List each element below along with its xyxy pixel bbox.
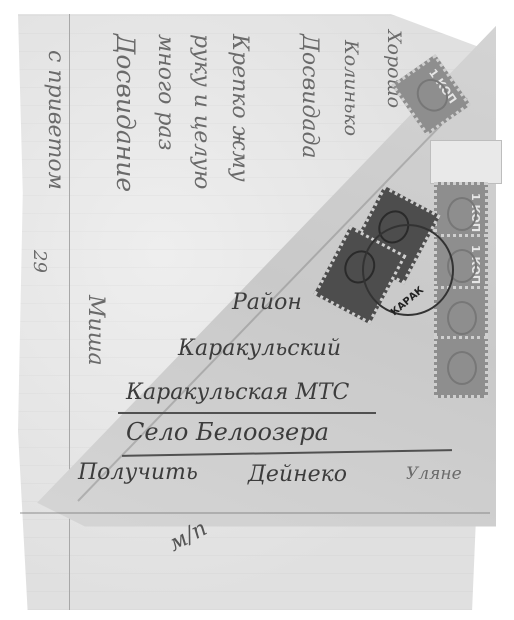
address-recipient-firstname: Уляне bbox=[406, 464, 462, 484]
address-recipient-surname: Дейнеко bbox=[248, 462, 347, 487]
ruled-margin-line bbox=[69, 14, 70, 610]
worker-portrait-icon bbox=[447, 301, 477, 335]
address-organization: Каракульская МТС bbox=[126, 380, 349, 405]
message-line-5: руку и целую bbox=[189, 34, 214, 189]
worker-portrait-icon bbox=[447, 197, 477, 231]
message-date: 29 bbox=[29, 250, 50, 273]
message-line-4: Крепко жму bbox=[227, 34, 252, 182]
message-line-6: много раз bbox=[153, 34, 178, 151]
address-district: Каракульский bbox=[178, 336, 341, 361]
worker-portrait-icon bbox=[447, 351, 477, 385]
message-line-8: с приветом bbox=[43, 50, 68, 190]
address-recipient-prefix: Получить bbox=[78, 460, 198, 485]
address-underline-1 bbox=[118, 412, 376, 414]
signature: Миша bbox=[83, 295, 108, 366]
torn-stamp-margin bbox=[430, 140, 502, 184]
stamp-right-4 bbox=[434, 336, 488, 398]
horizontal-fold-crease bbox=[20, 512, 490, 514]
address-district-label: Район bbox=[232, 290, 302, 315]
message-line-3: Досвидада bbox=[297, 34, 322, 159]
message-line-2: Колинько bbox=[340, 40, 362, 136]
address-village: Село Белоозера bbox=[126, 418, 329, 446]
message-line-7: Досвидание bbox=[111, 34, 140, 192]
